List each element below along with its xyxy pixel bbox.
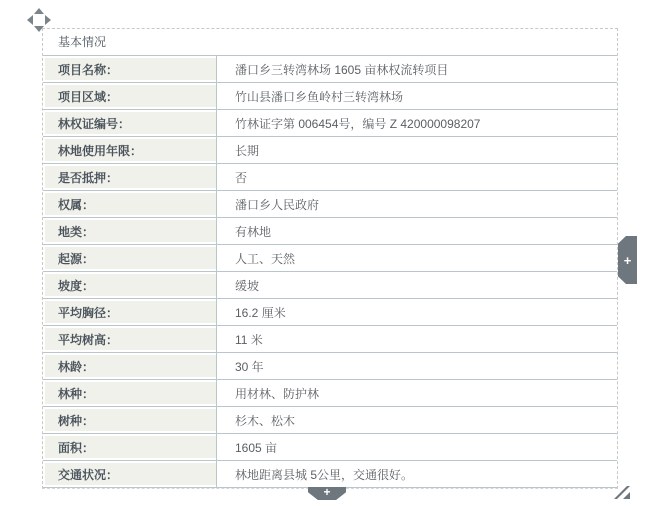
row-label: 林权证编号： [45, 112, 216, 134]
table-row: 坡度：缓坡 [43, 272, 617, 299]
row-label-cell: 项目区域： [43, 83, 217, 109]
row-value: 缓坡 [217, 272, 617, 298]
row-label-cell: 坡度： [43, 272, 217, 298]
table-row: 地类：有林地 [43, 218, 617, 245]
row-label: 平均树高： [45, 328, 216, 350]
row-label-cell: 平均树高： [43, 326, 217, 352]
table-row: 林龄：30 年 [43, 353, 617, 380]
panel-title: 基本情况 [43, 29, 617, 56]
expand-right-button[interactable]: + [618, 236, 637, 284]
row-value: 1605 亩 [217, 434, 617, 460]
row-label: 地类： [45, 220, 216, 242]
table-row: 树种：杉木、松木 [43, 407, 617, 434]
table-row: 起源：人工、天然 [43, 245, 617, 272]
row-value: 30 年 [217, 353, 617, 379]
row-label-cell: 项目名称： [43, 56, 217, 82]
row-value: 竹林证字第 006454号，编号 Z 420000098207 [217, 110, 617, 136]
row-label-cell: 林地使用年限： [43, 137, 217, 163]
row-label: 项目区域： [45, 85, 216, 107]
row-value: 人工、天然 [217, 245, 617, 271]
row-label-cell: 地类： [43, 218, 217, 244]
row-value: 潘口乡三转湾林场 1605 亩林权流转项目 [217, 56, 617, 82]
page: 基本情况 项目名称：潘口乡三转湾林场 1605 亩林权流转项目项目区域：竹山县潘… [0, 0, 651, 506]
row-label-cell: 平均胸径： [43, 299, 217, 325]
row-label: 项目名称： [45, 58, 216, 80]
row-label: 是否抵押： [45, 166, 216, 188]
table-row: 林种：用材林、防护林 [43, 380, 617, 407]
row-label-cell: 树种： [43, 407, 217, 433]
row-value: 杉木、松木 [217, 407, 617, 433]
table-row: 林地使用年限：长期 [43, 137, 617, 164]
table-row: 平均胸径：16.2 厘米 [43, 299, 617, 326]
row-label-cell: 林权证编号： [43, 110, 217, 136]
row-value: 16.2 厘米 [217, 299, 617, 325]
table-row: 权属：潘口乡人民政府 [43, 191, 617, 218]
row-label: 平均胸径： [45, 301, 216, 323]
row-label-cell: 是否抵押： [43, 164, 217, 190]
row-label: 林种： [45, 382, 216, 404]
row-value: 否 [217, 164, 617, 190]
row-label-cell: 林龄： [43, 353, 217, 379]
row-label-cell: 面积： [43, 434, 217, 460]
plus-icon: + [323, 487, 330, 498]
row-label: 交通状况： [45, 463, 216, 485]
row-label: 起源： [45, 247, 216, 269]
info-table: 项目名称：潘口乡三转湾林场 1605 亩林权流转项目项目区域：竹山县潘口乡鱼岭村… [43, 56, 617, 488]
row-label: 面积： [45, 436, 216, 458]
row-value: 竹山县潘口乡鱼岭村三转湾林场 [217, 83, 617, 109]
table-row: 是否抵押：否 [43, 164, 617, 191]
row-value: 潘口乡人民政府 [217, 191, 617, 217]
resize-grip-icon[interactable] [614, 485, 631, 501]
row-value: 11 米 [217, 326, 617, 352]
row-label: 林龄： [45, 355, 216, 377]
row-label: 坡度： [45, 274, 216, 296]
row-label: 树种： [45, 409, 216, 431]
row-label: 权属： [45, 193, 216, 215]
plus-icon: + [624, 254, 632, 267]
info-panel: 基本情况 项目名称：潘口乡三转湾林场 1605 亩林权流转项目项目区域：竹山县潘… [42, 28, 618, 489]
row-label-cell: 起源： [43, 245, 217, 271]
row-label: 林地使用年限： [45, 139, 216, 161]
table-row: 面积：1605 亩 [43, 434, 617, 461]
table-row: 平均树高：11 米 [43, 326, 617, 353]
row-label-cell: 林种： [43, 380, 217, 406]
row-value: 用材林、防护林 [217, 380, 617, 406]
row-label-cell: 交通状况： [43, 461, 217, 487]
row-value: 长期 [217, 137, 617, 163]
diagonal-grip-icon [614, 485, 631, 501]
table-row: 交通状况：林地距离县城 5公里，交通很好。 [43, 461, 617, 488]
row-value: 林地距离县城 5公里，交通很好。 [217, 461, 617, 487]
row-value: 有林地 [217, 218, 617, 244]
expand-bottom-button[interactable]: + [308, 487, 346, 500]
table-row: 项目名称：潘口乡三转湾林场 1605 亩林权流转项目 [43, 56, 617, 83]
row-label-cell: 权属： [43, 191, 217, 217]
table-row: 林权证编号：竹林证字第 006454号，编号 Z 420000098207 [43, 110, 617, 137]
table-row: 项目区域：竹山县潘口乡鱼岭村三转湾林场 [43, 83, 617, 110]
